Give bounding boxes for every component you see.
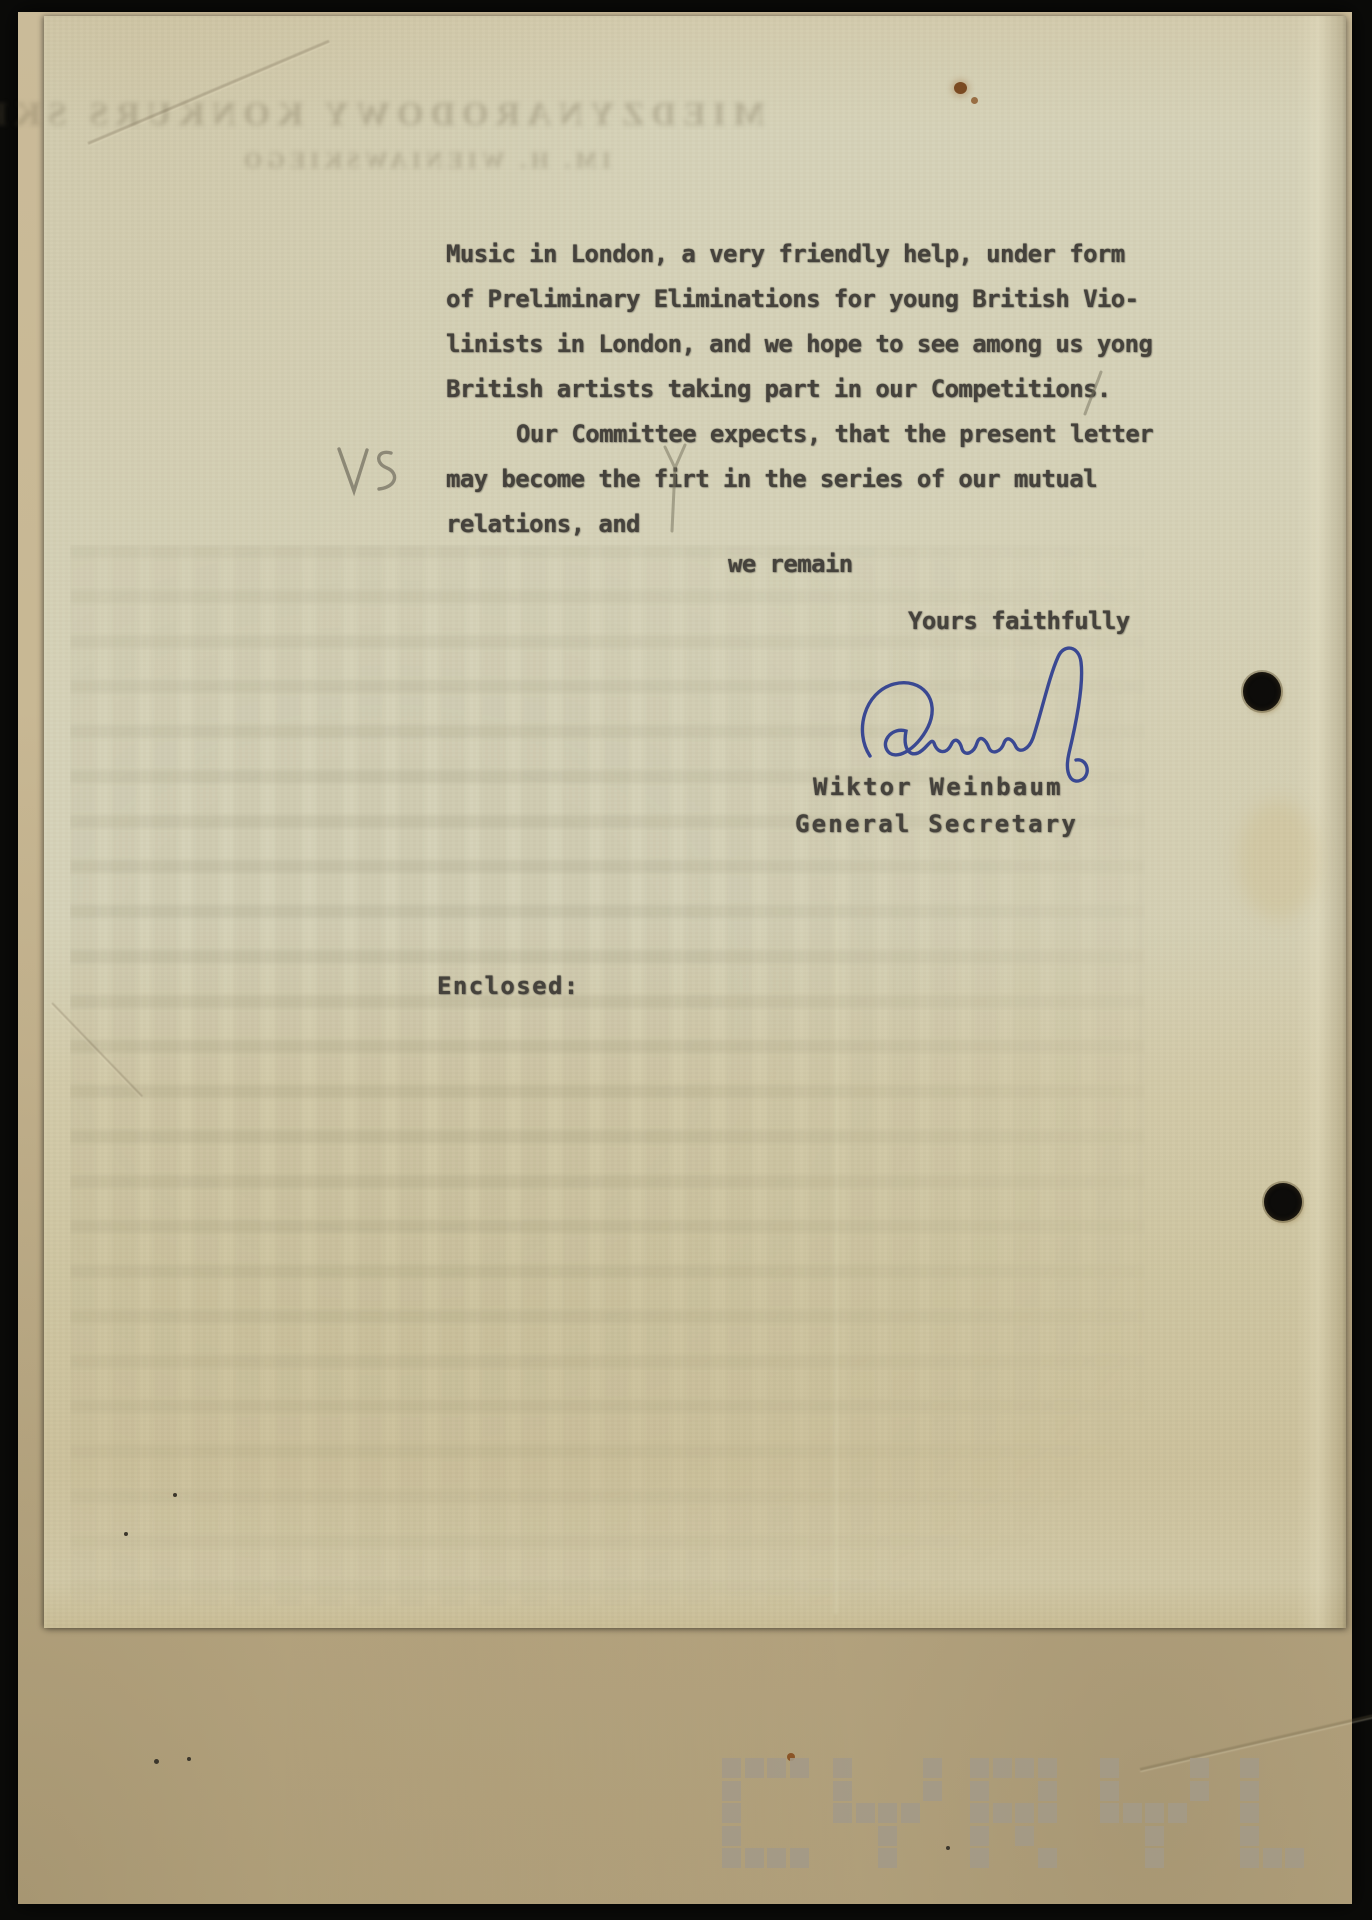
watermark-block [1145,1848,1164,1868]
watermark-block [790,1758,809,1778]
watermark-block [722,1848,741,1868]
watermark-block [722,1781,741,1801]
pre-valediction: we remain [728,550,853,578]
watermark-block [856,1803,875,1823]
watermark-block [767,1758,786,1778]
watermark-block [1123,1803,1142,1823]
watermark-block [1240,1848,1259,1868]
watermark-block [993,1803,1012,1823]
signatory-title: General Secretary [795,810,1078,838]
watermark-block [970,1848,989,1868]
watermark-block [1240,1803,1259,1823]
watermark-block [833,1781,852,1801]
watermark-block [767,1848,786,1868]
watermark-block [970,1781,989,1801]
age-stain [1238,800,1318,920]
rust-stain [971,97,978,104]
rust-stain [954,82,967,94]
watermark-block [1168,1803,1187,1823]
watermark-block [722,1758,741,1778]
watermark-block [970,1803,989,1823]
paper-speck [187,1757,191,1761]
watermark-block [745,1758,764,1778]
watermark-block [1038,1781,1057,1801]
bleedthrough-body-text [70,545,1145,1607]
watermark-block [1100,1803,1119,1823]
watermark-block [1015,1803,1034,1823]
watermark-block [1015,1826,1034,1846]
body-line: may become the firt in the series of our… [446,465,1097,493]
watermark-block [833,1758,852,1778]
paper-speck [173,1493,177,1497]
body-line: of Preliminary Eliminations for young Br… [446,285,1138,313]
watermark-block [1038,1758,1057,1778]
watermark-block [833,1803,852,1823]
watermark-block [1240,1826,1259,1846]
watermark-block [1240,1781,1259,1801]
signatory-name: Wiktor Weinbaum [813,773,1063,801]
watermark-block [901,1803,920,1823]
paper-speck [946,1846,950,1850]
paper-speck [154,1759,159,1764]
punch-hole [1243,672,1281,711]
watermark-block [1038,1803,1057,1823]
watermark-block [722,1826,741,1846]
punch-hole [1264,1183,1302,1221]
watermark-block [1263,1848,1282,1868]
watermark-block [923,1758,942,1778]
watermark-block [1190,1758,1209,1778]
watermark-block [1190,1781,1209,1801]
body-line: relations, and [446,510,640,538]
valediction: Yours faithfully [908,607,1130,635]
body-line: Music in London, a very friendly help, u… [446,240,1125,268]
watermark-block [970,1758,989,1778]
watermark-block [722,1803,741,1823]
watermark-block [878,1803,897,1823]
watermark-block [1145,1803,1164,1823]
watermark-block [923,1781,942,1801]
watermark-block [1145,1826,1164,1846]
scanned-letter-page: MIEDZYNARODOWY KONKURS SKRZYPCOWY IM. H.… [0,0,1372,1920]
watermark-block [878,1826,897,1846]
bleedthrough-letterhead-line1: MIEDZYNARODOWY KONKURS SKRZYPCOWY [85,96,765,134]
watermark-block [1038,1848,1057,1868]
body-line: linists in London, and we hope to see am… [446,330,1152,358]
watermark-block [970,1826,989,1846]
watermark-block [1285,1848,1304,1868]
watermark-block [1240,1758,1259,1778]
body-line: British artists taking part in our Compe… [446,375,1111,403]
enclosure-label: Enclosed: [437,972,580,1000]
watermark-block [1100,1781,1119,1801]
watermark-block [1100,1758,1119,1778]
body-line: Our Committee expects, that the present … [516,420,1153,448]
watermark-block [790,1848,809,1868]
watermark-block [745,1848,764,1868]
watermark-block [878,1848,897,1868]
paper-speck [124,1532,128,1536]
watermark-block [993,1758,1012,1778]
watermark-block [1015,1758,1034,1778]
bleedthrough-letterhead-line2: IM. H. WIENIAWSKIEGO [225,148,625,174]
